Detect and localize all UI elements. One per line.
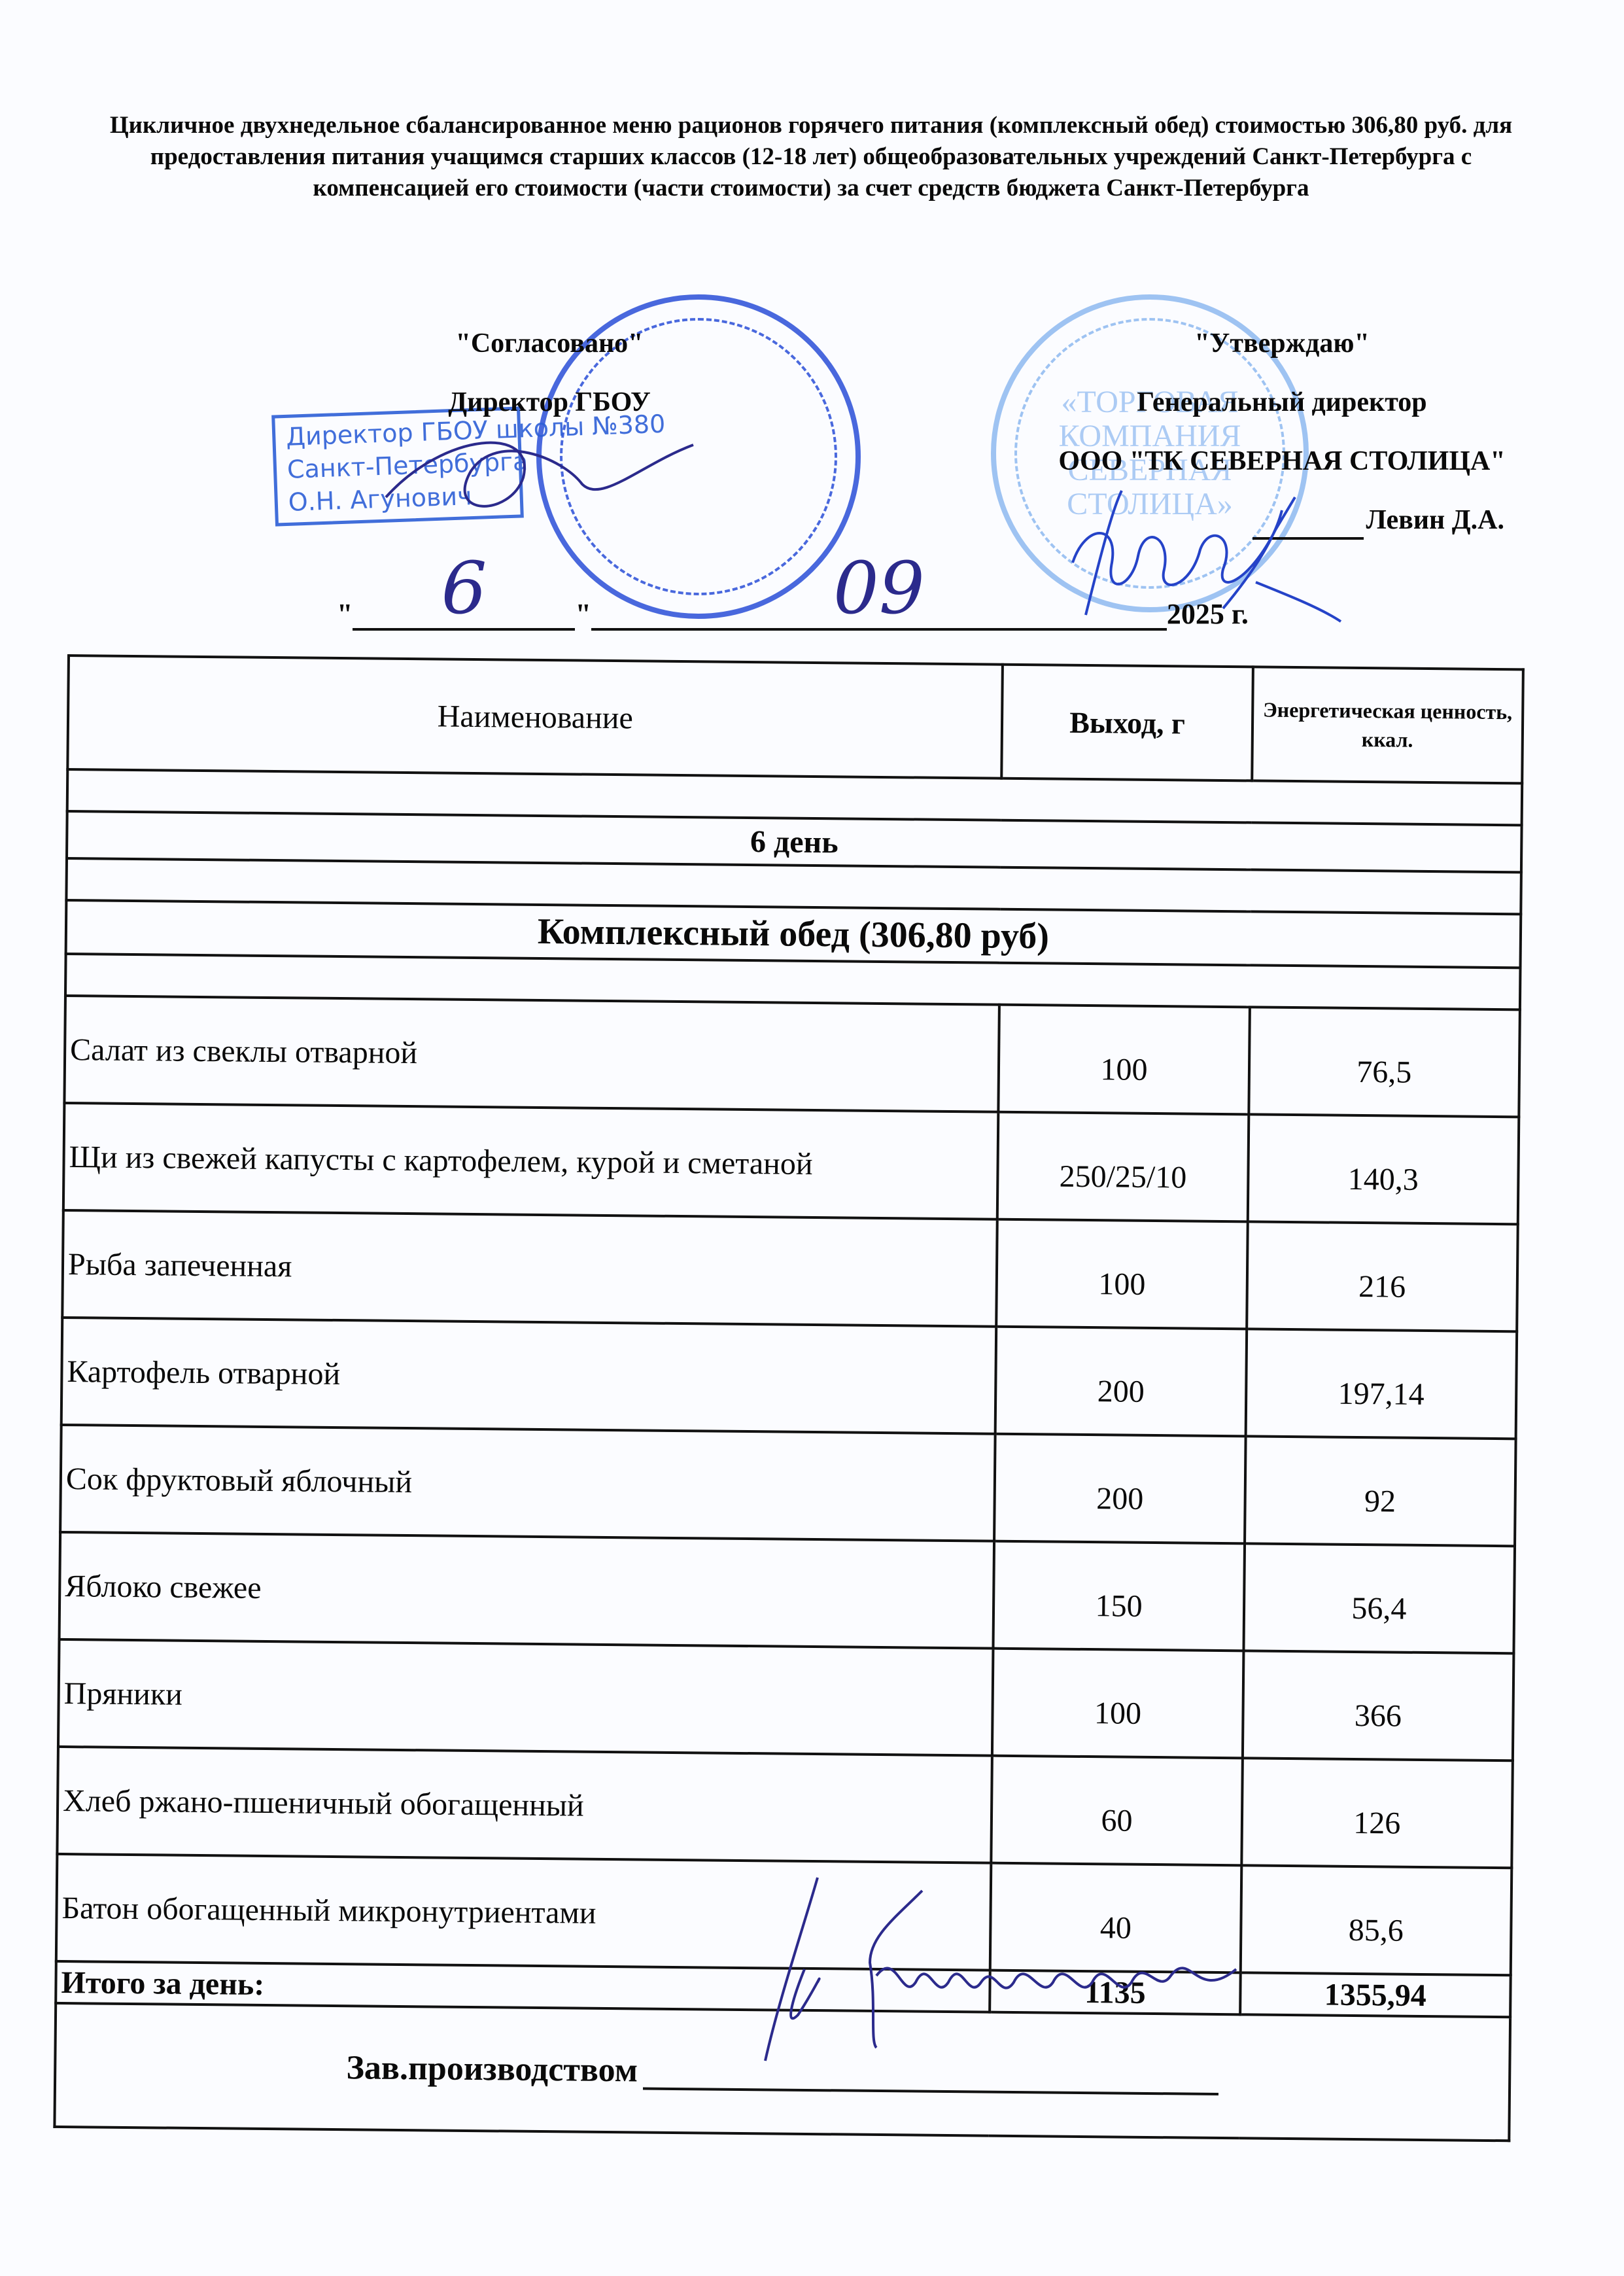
table-row: Хлеб ржано-пшеничный обогащенный60126 xyxy=(57,1747,1512,1868)
date-open-quote: " xyxy=(337,597,353,631)
approved-name: Левин Д.А. xyxy=(1366,505,1504,535)
date-year: 2025 г. xyxy=(1167,598,1249,630)
item-energy: 85,6 xyxy=(1240,1865,1512,1975)
stamp-line: О.Н. Агунович xyxy=(288,478,510,519)
production-head-label: Зав.производством xyxy=(346,2049,638,2089)
table-row: Сок фруктовый яблочный20092 xyxy=(60,1425,1515,1546)
item-yield: 250/25/10 xyxy=(997,1112,1249,1222)
approval-approved-block: "Утверждаю" Генеральный директор ООО "ТК… xyxy=(1033,324,1530,559)
header-name: Наименование xyxy=(67,656,1003,779)
signature-row: Зав.производством xyxy=(54,2003,1510,2141)
agreed-heading: "Согласовано" xyxy=(366,324,733,383)
item-name: Батон обогащенный микронутриентами xyxy=(56,1854,992,1970)
table-row: Яблоко свежее15056,4 xyxy=(60,1532,1515,1653)
table-row: Пряники100366 xyxy=(58,1639,1513,1760)
date-close-quote: " xyxy=(575,597,591,631)
item-energy: 366 xyxy=(1243,1651,1514,1760)
signature-blank xyxy=(1253,511,1364,540)
date-day-field: 6 xyxy=(353,589,575,631)
table-row: Рыба запеченная100216 xyxy=(62,1210,1517,1331)
menu-table: Наименование Выход, г Энергетическая цен… xyxy=(53,654,1525,2142)
item-yield: 100 xyxy=(999,1005,1250,1115)
item-name: Рыба запеченная xyxy=(62,1210,997,1327)
total-yield: 1135 xyxy=(990,1970,1241,2015)
header-yield: Выход, г xyxy=(1002,665,1253,781)
item-energy: 76,5 xyxy=(1249,1007,1520,1117)
approval-agreed-block: "Согласовано" Директор ГБОУ xyxy=(366,324,733,442)
item-name: Яблоко свежее xyxy=(60,1532,995,1649)
item-name: Картофель отварной xyxy=(61,1318,997,1434)
item-yield: 60 xyxy=(992,1756,1243,1866)
item-yield: 40 xyxy=(990,1863,1241,1973)
item-energy: 197,14 xyxy=(1245,1329,1517,1439)
item-energy: 92 xyxy=(1245,1436,1516,1546)
approved-company: ООО "ТК СЕВЕРНАЯ СТОЛИЦА" xyxy=(1033,442,1530,500)
production-head-signature-blank xyxy=(643,2055,1218,2095)
item-energy: 216 xyxy=(1247,1221,1518,1331)
item-energy: 126 xyxy=(1241,1758,1513,1868)
table-header-row: Наименование Выход, г Энергетическая цен… xyxy=(67,656,1523,783)
date-month-value: 09 xyxy=(833,552,925,624)
item-yield: 200 xyxy=(994,1434,1245,1544)
item-name: Салат из свеклы отварной xyxy=(64,996,999,1112)
table-row: Картофель отварной200197,14 xyxy=(61,1318,1517,1439)
total-energy: 1355,94 xyxy=(1240,1972,1511,2017)
item-yield: 100 xyxy=(997,1219,1248,1329)
item-energy: 140,3 xyxy=(1247,1114,1519,1224)
item-name: Сок фруктовый яблочный xyxy=(60,1425,995,1541)
approved-position: Генеральный директор xyxy=(1033,383,1530,442)
approval-date: "6"092025 г. xyxy=(337,589,1249,631)
table-row: Салат из свеклы отварной10076,5 xyxy=(64,996,1519,1117)
menu-items: Салат из свеклы отварной10076,5Щи из све… xyxy=(56,996,1520,1975)
table-row: Щи из свежей капусты с картофелем, курой… xyxy=(63,1103,1519,1224)
date-month-field: 09 xyxy=(591,589,1167,631)
item-name: Щи из свежей капусты с картофелем, курой… xyxy=(63,1103,999,1219)
item-energy: 56,4 xyxy=(1243,1543,1515,1653)
header-energy: Энергетическая ценность, ккал. xyxy=(1252,667,1523,783)
document-title: Цикличное двухнедельное сбалансированное… xyxy=(78,110,1544,204)
item-yield: 100 xyxy=(992,1649,1243,1759)
item-yield: 200 xyxy=(995,1327,1247,1437)
table-row: Батон обогащенный микронутриентами4085,6 xyxy=(56,1854,1512,1975)
agreed-position: Директор ГБОУ xyxy=(366,383,733,442)
approved-name-line: Левин Д.А. xyxy=(1033,500,1530,559)
approved-heading: "Утверждаю" xyxy=(1033,324,1530,383)
item-name: Пряники xyxy=(58,1639,993,1756)
item-name: Хлеб ржано-пшеничный обогащенный xyxy=(57,1747,992,1863)
item-yield: 150 xyxy=(993,1541,1245,1651)
date-day-value: 6 xyxy=(441,552,487,624)
